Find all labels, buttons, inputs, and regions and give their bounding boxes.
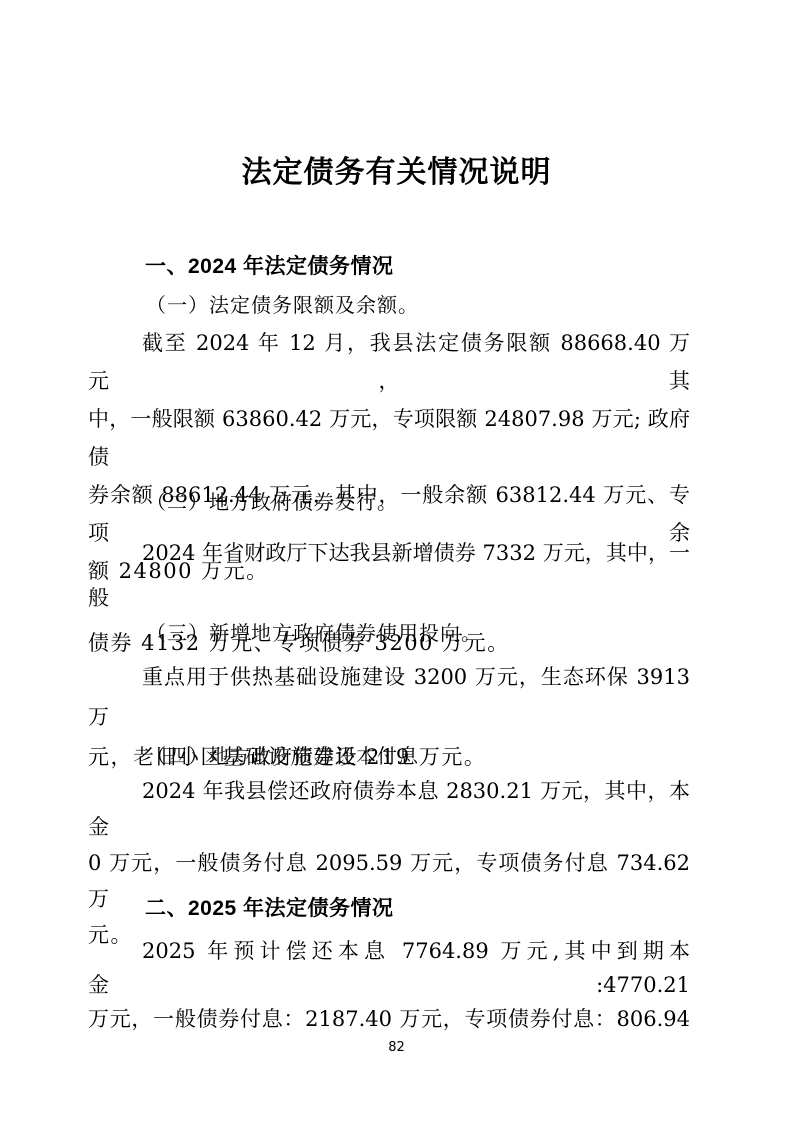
paragraph-2025-repayment: 2025 年预计偿还本息 7764.89 万元,其中到期本金:4770.21 万… (88, 934, 690, 1036)
page-number: 82 (0, 1040, 793, 1056)
document-page: 法定债务有关情况说明 一、2024 年法定债务情况 （一）法定债务限额及余额。 … (0, 0, 793, 1122)
paragraph-line: 2024 年我县偿还政府债券本息 2830.21 万元，其中，本金 (88, 773, 690, 845)
section-heading-2024: 一、2024 年法定债务情况 (145, 248, 394, 286)
section-heading-2025: 二、2025 年法定债务情况 (145, 890, 394, 928)
paragraph-line: 2024 年省财政厅下达我县新增债券 7332 万元，其中，一般 (88, 531, 690, 621)
subheading-bond-usage: （三）新增地方政府债券使用投向。 (146, 614, 482, 652)
subheading-bond-issuance: （二）地方政府债券发行。 (146, 483, 398, 521)
subheading-principal-interest: （四）地方政府债券还本付息 (146, 737, 419, 775)
paragraph-line: 中，一般限额 63860.42 万元，专项限额 24807.98 万元; 政府债 (88, 400, 690, 476)
paragraph-line: 万元，一般债券付息：2187.40 万元，专项债券付息：806.94 (88, 1002, 690, 1036)
paragraph-line: 2025 年预计偿还本息 7764.89 万元,其中到期本金:4770.21 (88, 934, 690, 1002)
subheading-debt-limit-balance: （一）法定债务限额及余额。 (146, 286, 419, 324)
paragraph-line: 重点用于供热基础设施建设 3200 万元，生态环保 3913 万 (88, 657, 690, 737)
document-title: 法定债务有关情况说明 (0, 151, 793, 195)
paragraph-line: 截至 2024 年 12 月，我县法定债务限额 88668.40 万元，其 (88, 324, 690, 400)
